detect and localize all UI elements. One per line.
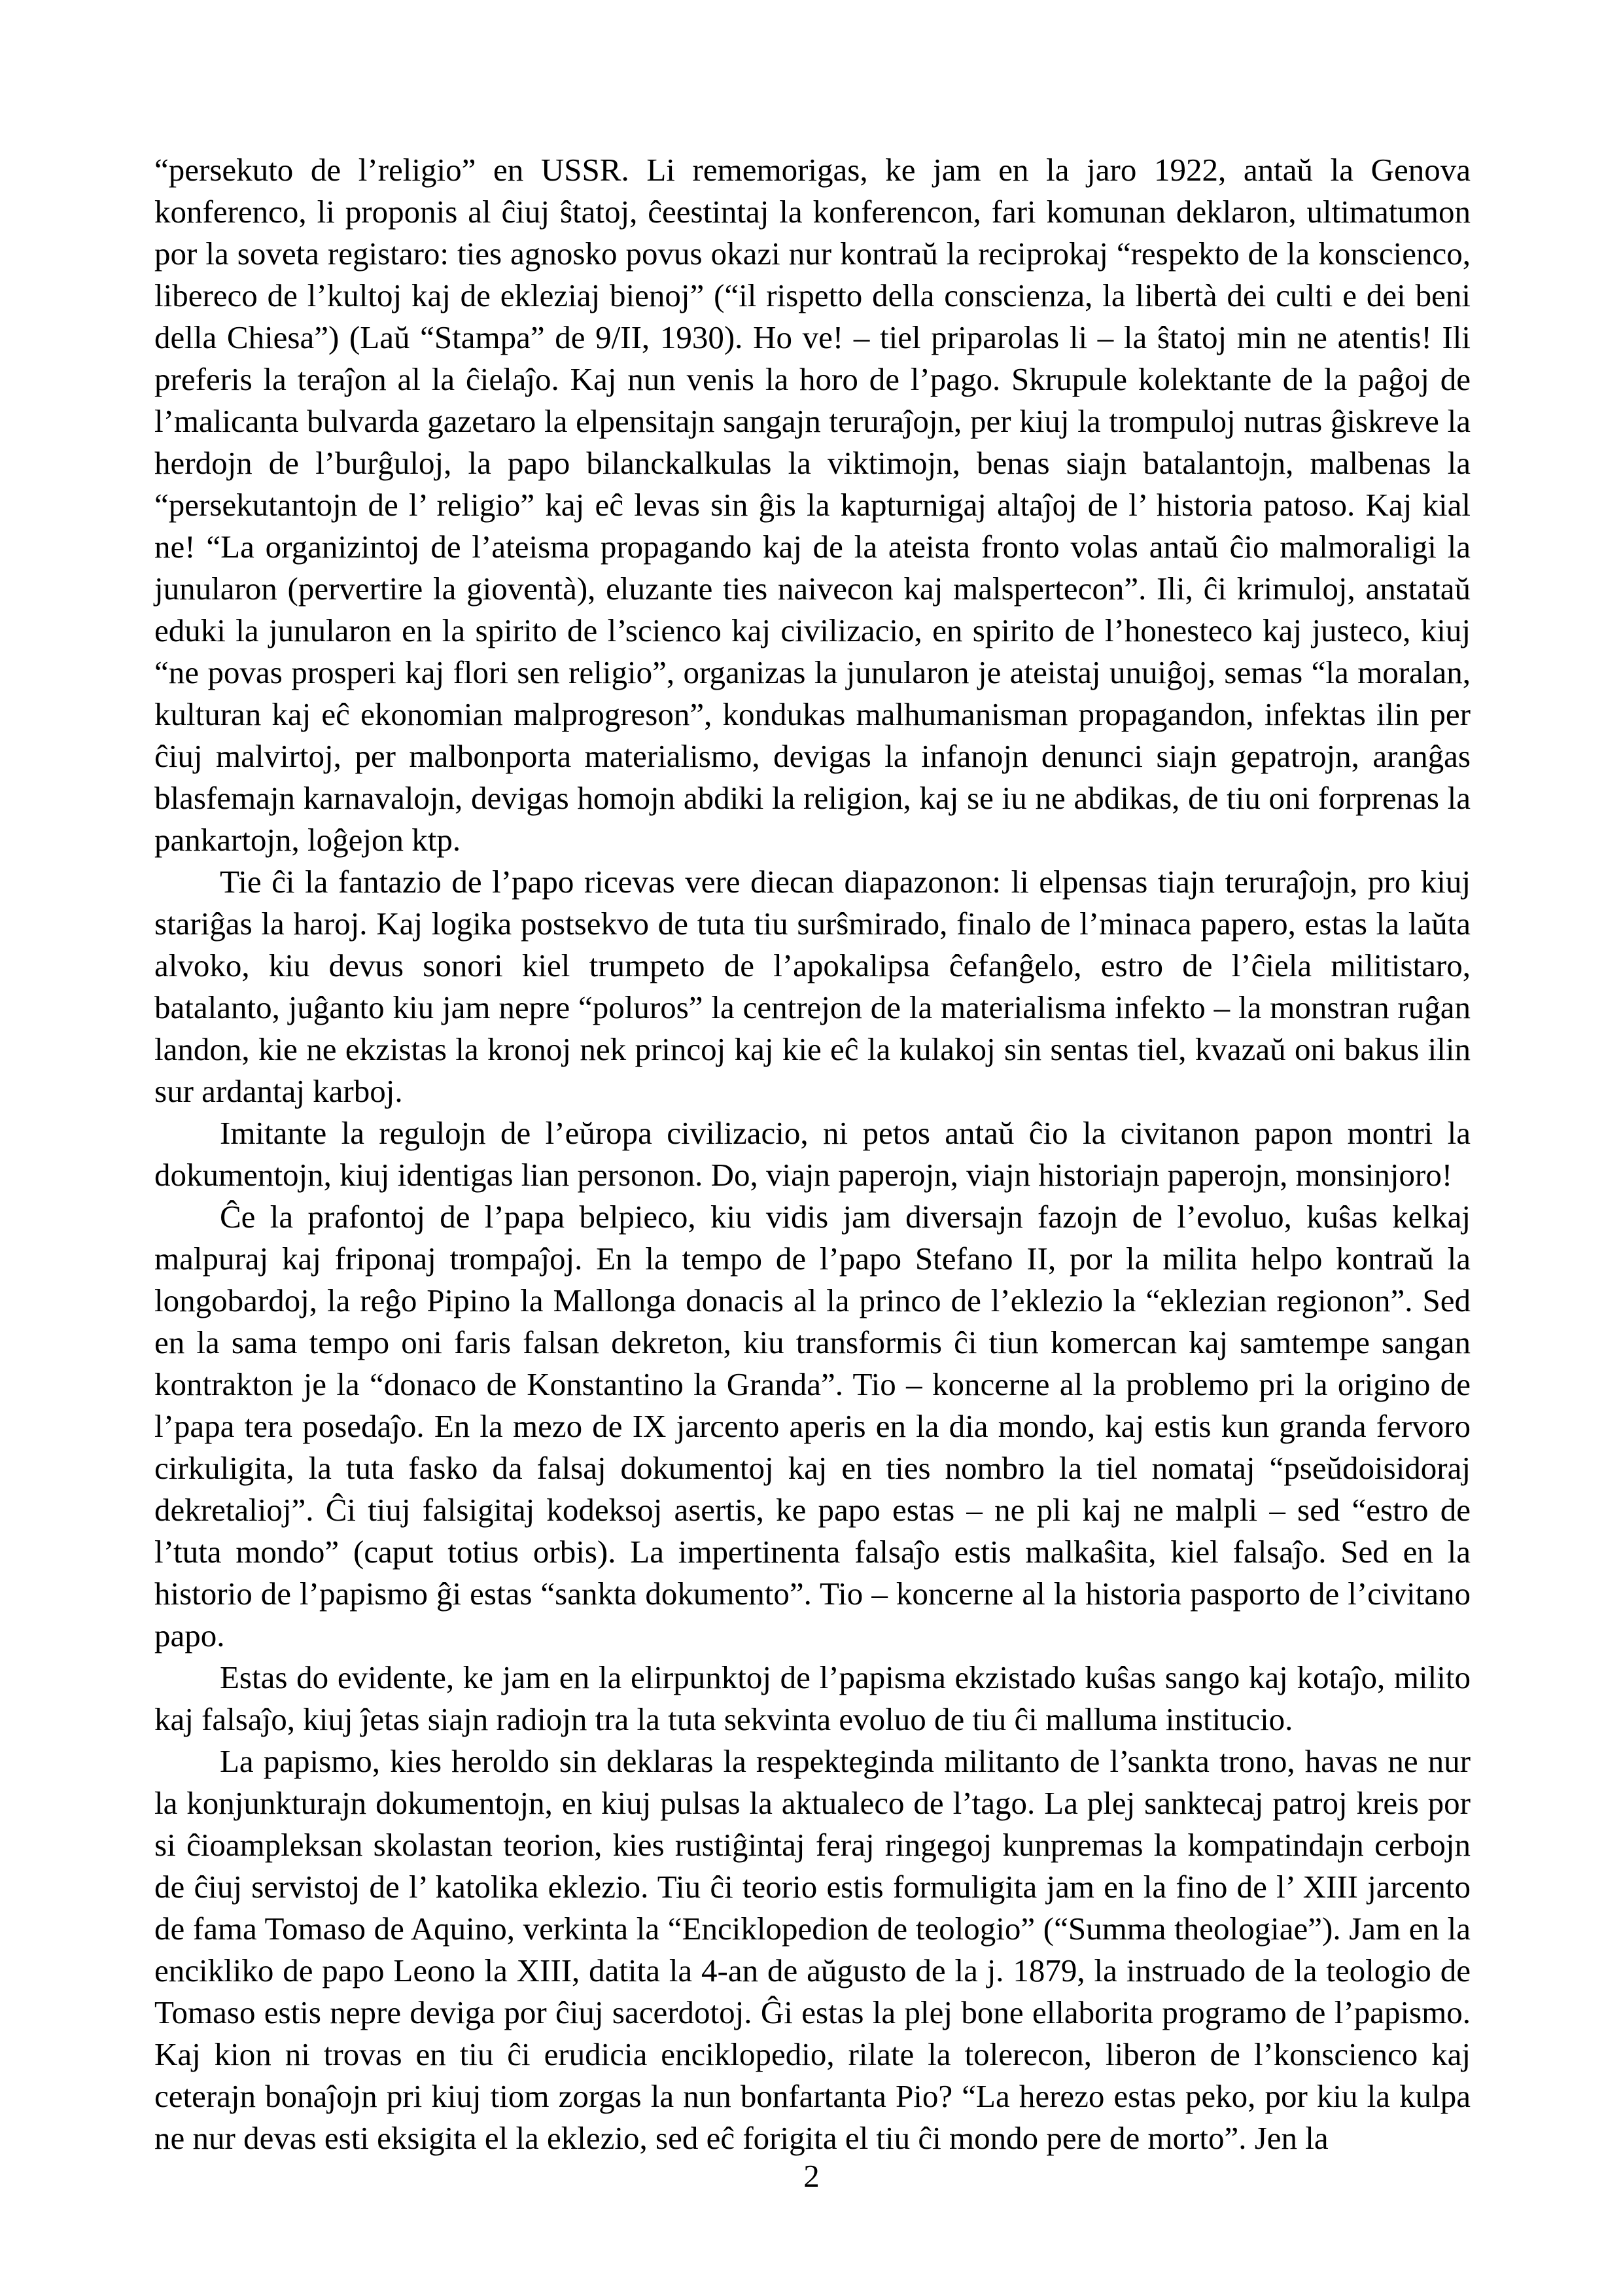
body-text: “persekuto de l’religio” en USSR. Li rem… (154, 149, 1471, 2159)
page-number: 2 (0, 2158, 1623, 2195)
paragraph-4: Ĉe la prafontoj de l’papa belpieco, kiu … (154, 1196, 1471, 1657)
paragraph-5: Estas do evidente, ke jam en la elirpunk… (154, 1657, 1471, 1740)
paragraph-2: Tie ĉi la fantazio de l’papo ricevas ver… (154, 861, 1471, 1112)
paragraph-3: Imitante la regulojn de l’eŭropa civiliz… (154, 1112, 1471, 1196)
paragraph-6: La papismo, kies heroldo sin deklaras la… (154, 1740, 1471, 2159)
paragraph-1: “persekuto de l’religio” en USSR. Li rem… (154, 149, 1471, 861)
document-page: “persekuto de l’religio” en USSR. Li rem… (0, 0, 1623, 2296)
